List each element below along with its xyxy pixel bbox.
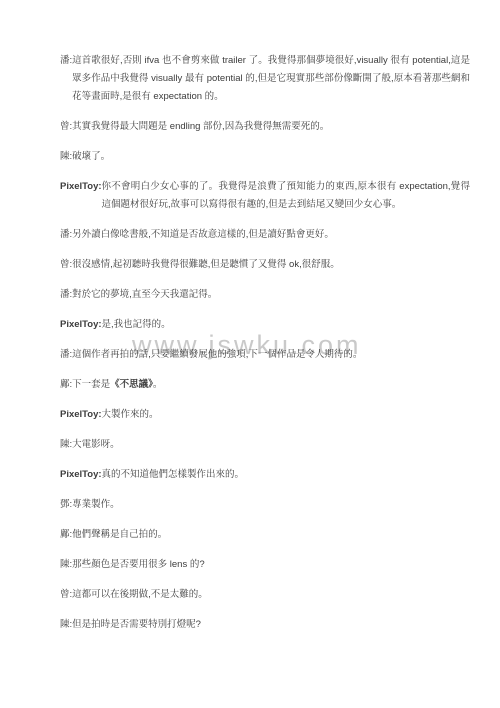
- dialogue-line: 曾: 其實我覺得最大問題是 endling 部份,因為我覺得無需要死的。: [60, 118, 470, 136]
- dialogue-text: 對於它的夢境,直至今天我還記得。: [72, 286, 470, 304]
- dialogue-segment: 專業製作。: [72, 499, 120, 510]
- document-page: www.jswku.com 潘: 這首歌很好,否則 ifva 也不會剪來做 tr…: [0, 0, 500, 708]
- dialogue-segment: 這都可以在後期做,不是太難的。: [72, 589, 208, 600]
- speaker-label: 陳:: [60, 616, 72, 634]
- dialogue-segment: 真的不知道他們怎樣製作出來的。: [102, 469, 245, 480]
- dialogue-segment: 破壞了。: [72, 151, 110, 162]
- dialogue-text: 這首歌很好,否則 ifva 也不會剪來做 trailer 了。我覺得那個夢境很好…: [72, 52, 470, 106]
- dialogue-segment: 是,我也記得的。: [102, 319, 171, 330]
- dialogue-line: PixelToy: 是,我也記得的。: [60, 316, 470, 334]
- speaker-label: 陳:: [60, 556, 72, 574]
- dialogue-text: 大電影呀。: [72, 436, 470, 454]
- dialogue-text: 那些顏色是否要用很多 lens 的?: [72, 556, 470, 574]
- dialogue-text: 你不會明白少女心事的了。我覺得是浪費了預知能力的東西,原本很有 expectat…: [102, 178, 470, 214]
- speaker-label: 鄧:: [60, 496, 72, 514]
- dialogue-text: 另外讀白像唸書般,不知道是否故意這樣的,但是讀好點會更好。: [72, 226, 470, 244]
- film-title-text: 《不思議》: [110, 379, 153, 390]
- dialogue-text: 真的不知道他們怎樣製作出來的。: [102, 466, 470, 484]
- dialogue-line: 陳: 破壞了。: [60, 148, 470, 166]
- speaker-label: PixelToy:: [60, 178, 102, 196]
- dialogue-text: 其實我覺得最大問題是 endling 部份,因為我覺得無需要死的。: [72, 118, 470, 136]
- dialogue-text: 專業製作。: [72, 496, 470, 514]
- dialogue-line: PixelToy: 你不會明白少女心事的了。我覺得是浪費了預知能力的東西,原本很…: [60, 178, 470, 214]
- dialogue-text: 下一套是《不思議》。: [72, 376, 470, 394]
- dialogue-line: 潘: 這個作者再拍的話,只要繼續發展他的強項,下一個作品是令人期待的。: [60, 346, 470, 364]
- dialogue-segment: 那些顏色是否要用很多 lens 的?: [72, 559, 205, 570]
- dialogue-line: 潘: 這首歌很好,否則 ifva 也不會剪來做 trailer 了。我覺得那個夢…: [60, 52, 470, 106]
- dialogue-text: 但是拍時是否需要特別打燈呢?: [72, 616, 470, 634]
- speaker-label: 潘:: [60, 52, 72, 70]
- speaker-label: 曾:: [60, 118, 72, 136]
- speaker-label: PixelToy:: [60, 466, 102, 484]
- dialogue-segment: 大製作來的。: [102, 409, 159, 420]
- speaker-label: PixelToy:: [60, 316, 102, 334]
- dialogue-line: 陳: 大電影呀。: [60, 436, 470, 454]
- speaker-label: 鄺:: [60, 526, 72, 544]
- speaker-label: 曾:: [60, 586, 72, 604]
- dialogue-segment: 另外讀白像唸書般,不知道是否故意這樣的,但是讀好點會更好。: [72, 229, 334, 240]
- dialogue-line: 潘: 另外讀白像唸書般,不知道是否故意這樣的,但是讀好點會更好。: [60, 226, 470, 244]
- speaker-label: 陳:: [60, 436, 72, 454]
- dialogue-segment: 對於它的夢境,直至今天我還記得。: [72, 289, 217, 300]
- dialogue-text: 他們聲稱是自己拍的。: [72, 526, 470, 544]
- speaker-label: 鄺:: [60, 376, 72, 394]
- dialogue-line: 潘: 對於它的夢境,直至今天我還記得。: [60, 286, 470, 304]
- dialogue-text: 這個作者再拍的話,只要繼續發展他的強項,下一個作品是令人期待的。: [72, 346, 470, 364]
- dialogue-segment: 大電影呀。: [72, 439, 120, 450]
- dialogue-segment: 但是拍時是否需要特別打燈呢?: [72, 619, 201, 630]
- speaker-label: 潘:: [60, 286, 72, 304]
- dialogue-segment: 很沒感情,起初聽時我覺得很難聽,但是聽慣了又覺得 ok,很舒服。: [72, 259, 340, 270]
- dialogue-line: 陳: 那些顏色是否要用很多 lens 的?: [60, 556, 470, 574]
- dialogue-segment: 他們聲稱是自己拍的。: [72, 529, 167, 540]
- dialogue-line: 鄺: 他們聲稱是自己拍的。: [60, 526, 470, 544]
- dialogue-segment: 。: [153, 379, 163, 390]
- dialogue-text: 大製作來的。: [102, 406, 470, 424]
- dialogue-line: PixelToy: 大製作來的。: [60, 406, 470, 424]
- dialogue-line: 陳: 但是拍時是否需要特別打燈呢?: [60, 616, 470, 634]
- dialogue-line: PixelToy: 真的不知道他們怎樣製作出來的。: [60, 466, 470, 484]
- dialogue-segment: 這個作者再拍的話,只要繼續發展他的強項,下一個作品是令人期待的。: [72, 349, 362, 360]
- speaker-label: 潘:: [60, 346, 72, 364]
- dialogue-segment: 下一套是: [72, 379, 110, 390]
- dialogue-line: 鄧: 專業製作。: [60, 496, 470, 514]
- speaker-label: 潘:: [60, 226, 72, 244]
- dialogue-text: 是,我也記得的。: [102, 316, 470, 334]
- dialogue-segment: 其實我覺得最大問題是 endling 部份,因為我覺得無需要死的。: [72, 121, 329, 132]
- dialogue-line: 曾: 很沒感情,起初聽時我覺得很難聽,但是聽慣了又覺得 ok,很舒服。: [60, 256, 470, 274]
- dialogue-segment: 你不會明白少女心事的了。我覺得是浪費了預知能力的東西,原本很有 expectat…: [102, 181, 470, 210]
- dialogue-text: 很沒感情,起初聽時我覺得很難聽,但是聽慣了又覺得 ok,很舒服。: [72, 256, 470, 274]
- dialogue-segment: 這首歌很好,否則 ifva 也不會剪來做 trailer 了。我覺得那個夢境很好…: [72, 55, 470, 102]
- speaker-label: PixelToy:: [60, 406, 102, 424]
- dialogue-text: 這都可以在後期做,不是太難的。: [72, 586, 470, 604]
- speaker-label: 陳:: [60, 148, 72, 166]
- dialogue-line: 曾: 這都可以在後期做,不是太難的。: [60, 586, 470, 604]
- dialogue-text: 破壞了。: [72, 148, 470, 166]
- speaker-label: 曾:: [60, 256, 72, 274]
- dialogue-list: 潘: 這首歌很好,否則 ifva 也不會剪來做 trailer 了。我覺得那個夢…: [60, 52, 470, 634]
- dialogue-line: 鄺: 下一套是《不思議》。: [60, 376, 470, 394]
